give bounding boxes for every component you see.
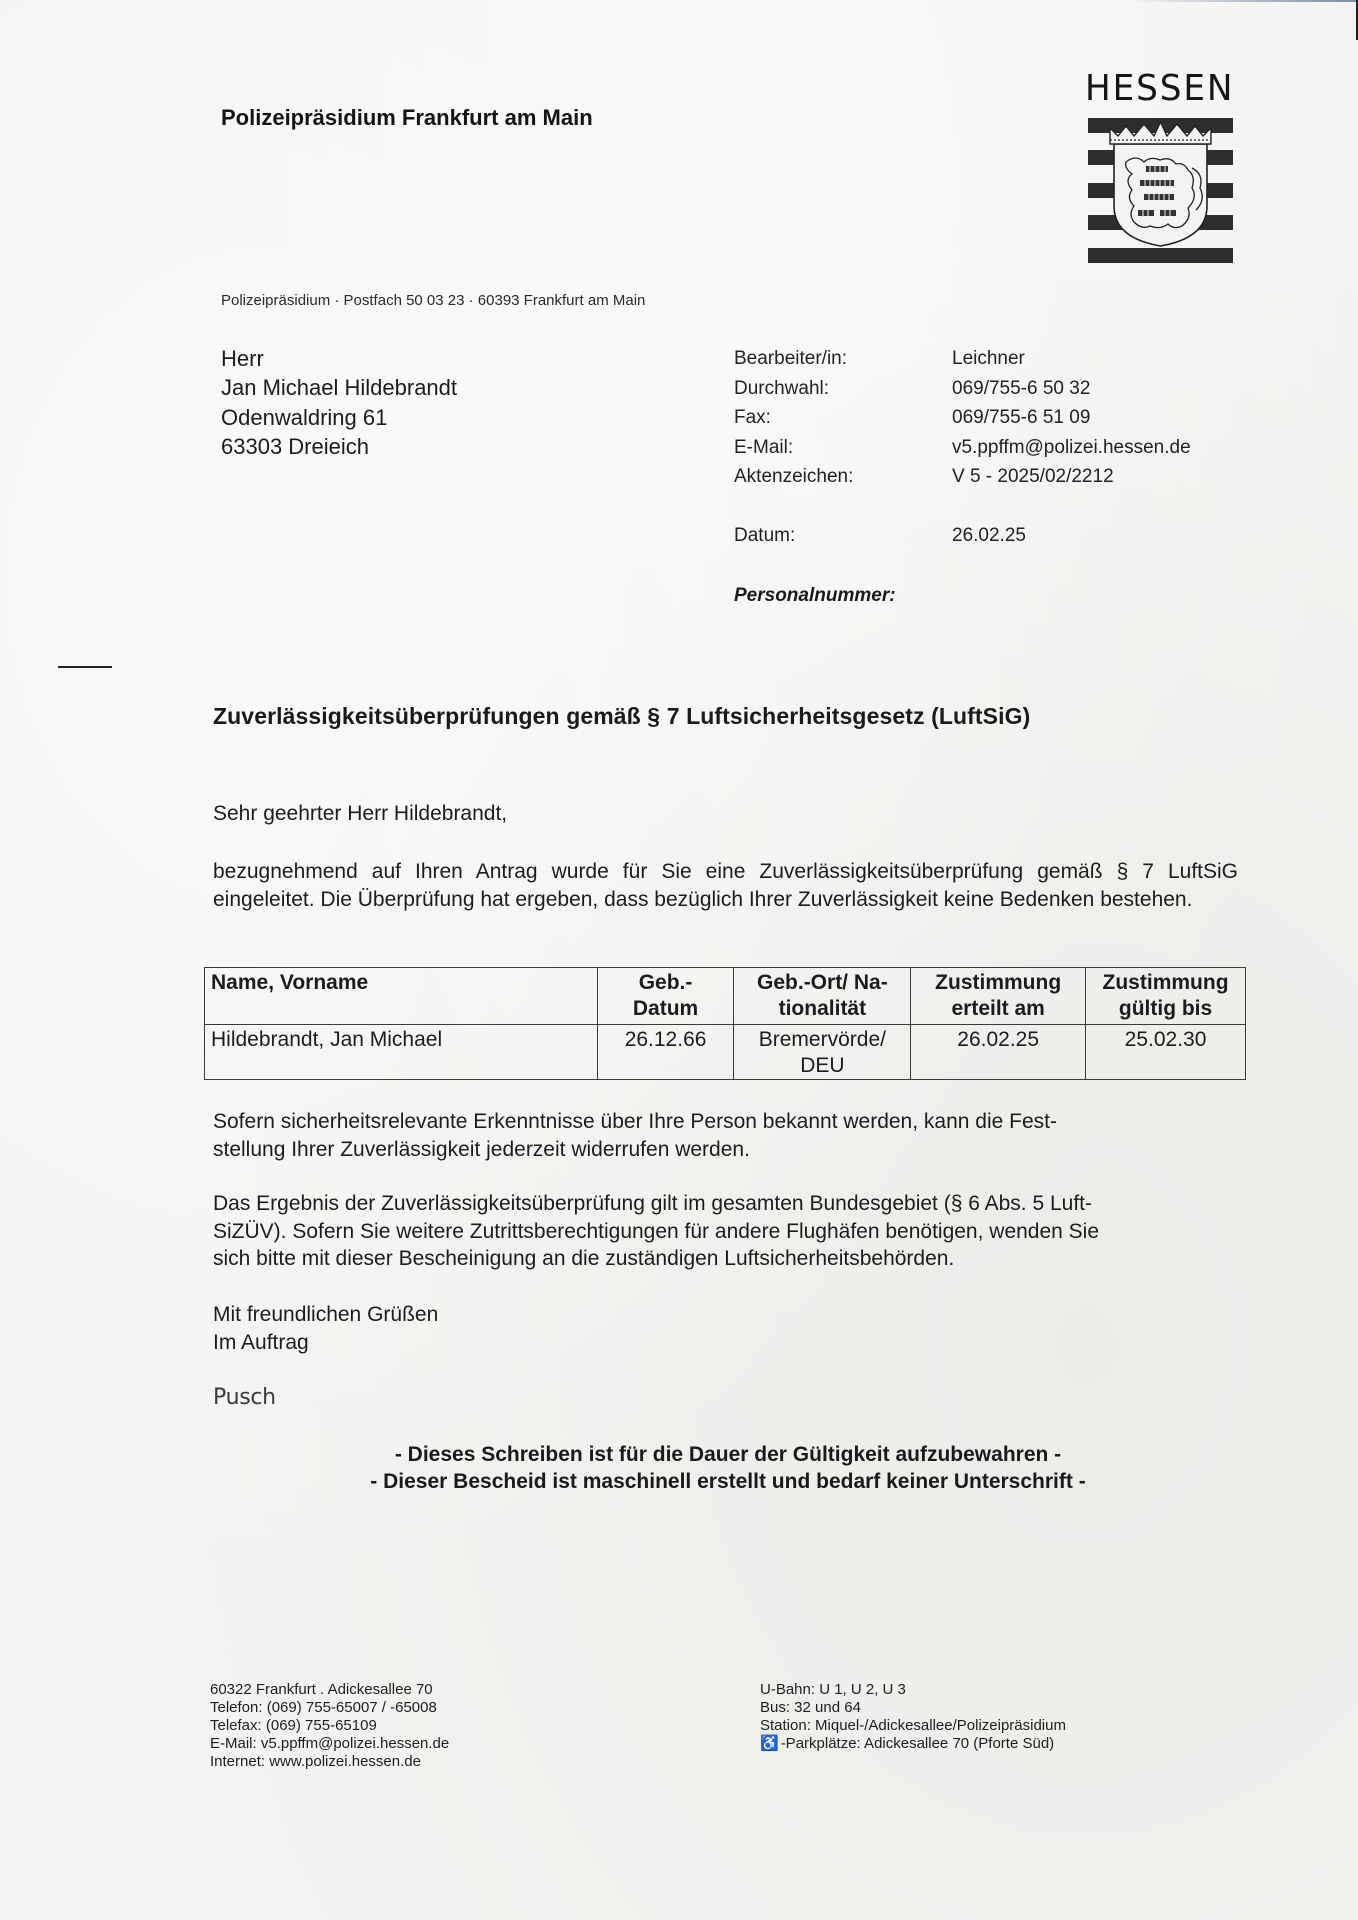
- table-row: Hildebrandt, Jan Michael 26.12.66 Bremer…: [205, 1025, 1246, 1080]
- note-retain: - Dieses Schreiben ist für die Dauer der…: [213, 1441, 1243, 1468]
- col-header-birth-date: Geb.-Datum: [597, 968, 734, 1025]
- closing-on-behalf: Im Auftrag: [213, 1329, 1238, 1357]
- info-value: Leichner: [952, 348, 1025, 370]
- col-header-name: Name, Vorname: [205, 968, 598, 1025]
- closing-greeting: Mit freundlichen Grüßen: [213, 1301, 1238, 1329]
- footer-website: Internet: www.polizei.hessen.de: [210, 1753, 449, 1771]
- recipient-name: Jan Michael Hildebrandt: [221, 373, 457, 402]
- col-header-birthplace-nationality: Geb.-Ort/ Na-tionalität: [734, 968, 911, 1025]
- notes: - Dieses Schreiben ist für die Dauer der…: [213, 1441, 1243, 1495]
- footer-phone: Telefon: (069) 755-65007 / -65008: [210, 1699, 449, 1717]
- scan-edge-top: [1128, 0, 1358, 2]
- info-value: 069/755-6 51 09: [952, 407, 1090, 429]
- info-label: Fax:: [734, 407, 771, 429]
- recipient-salutation: Herr: [221, 344, 457, 373]
- fold-mark: [58, 666, 112, 668]
- info-value: V 5 - 2025/02/2212: [952, 466, 1114, 488]
- info-value: v5.ppffm@polizei.hessen.de: [952, 437, 1191, 459]
- info-label: E-Mail:: [734, 437, 793, 459]
- cell-birth-date: 26.12.66: [597, 1025, 734, 1080]
- footer-contact: 60322 Frankfurt . Adickesallee 70 Telefo…: [210, 1681, 449, 1771]
- col-header-granted-on: Zustimmungerteilt am: [911, 968, 1086, 1025]
- cell-name: Hildebrandt, Jan Michael: [205, 1025, 598, 1080]
- hessen-coat-of-arms-icon: [1088, 118, 1233, 263]
- wheelchair-icon: ♿: [760, 1735, 779, 1753]
- note-automated: - Dieser Bescheid ist maschinell erstell…: [213, 1468, 1243, 1495]
- cell-valid-until: 25.02.30: [1086, 1025, 1246, 1080]
- personnel-number-label: Personalnummer:: [734, 585, 896, 607]
- sender-title: Polizeipräsidium Frankfurt am Main: [221, 105, 593, 131]
- paragraph-result: bezugnehmend auf Ihren Antrag wurde für …: [213, 858, 1238, 913]
- state-wordmark: HESSEN: [1085, 68, 1234, 109]
- return-address: Polizeipräsidium · Postfach 50 03 23 · 6…: [221, 292, 645, 309]
- footer-parking-text: -Parkplätze: Adickesallee 70 (Pforte Süd…: [781, 1735, 1054, 1752]
- info-value: 069/755-6 50 32: [952, 378, 1090, 400]
- table-header-row: Name, Vorname Geb.-Datum Geb.-Ort/ Na-ti…: [205, 968, 1246, 1025]
- date-value: 26.02.25: [952, 525, 1026, 547]
- info-label: Durchwahl:: [734, 378, 829, 400]
- footer-bus: Bus: 32 und 64: [760, 1699, 1066, 1717]
- signature-name: Pusch: [213, 1385, 276, 1410]
- col-header-valid-until: Zustimmunggültig bis: [1086, 968, 1246, 1025]
- salutation: Sehr geehrter Herr Hildebrandt,: [213, 800, 1238, 828]
- paragraph-revocation: Sofern sicherheitsrelevante Erkenntnisse…: [213, 1108, 1213, 1163]
- cell-birthplace-nationality: Bremervörde/DEU: [734, 1025, 911, 1080]
- footer-email: E-Mail: v5.ppffm@polizei.hessen.de: [210, 1735, 449, 1753]
- footer-transport: U-Bahn: U 1, U 2, U 3 Bus: 32 und 64 Sta…: [760, 1681, 1066, 1753]
- recipient-address: Herr Jan Michael Hildebrandt Odenwaldrin…: [221, 344, 457, 461]
- footer-fax: Telefax: (069) 755-65109: [210, 1717, 449, 1735]
- recipient-street: Odenwaldring 61: [221, 403, 457, 432]
- paragraph-validity: Das Ergebnis der Zuverlässigkeitsüberprü…: [213, 1190, 1243, 1273]
- closing: Mit freundlichen Grüßen Im Auftrag: [213, 1301, 1238, 1356]
- footer-subway: U-Bahn: U 1, U 2, U 3: [760, 1681, 1066, 1699]
- footer-parking: ♿-Parkplätze: Adickesallee 70 (Pforte Sü…: [760, 1735, 1066, 1753]
- clearance-table: Name, Vorname Geb.-Datum Geb.-Ort/ Na-ti…: [204, 967, 1246, 1080]
- footer-address: 60322 Frankfurt . Adickesallee 70: [210, 1681, 449, 1699]
- footer-station: Station: Miquel-/Adickesallee/Polizeiprä…: [760, 1717, 1066, 1735]
- letter-subject: Zuverlässigkeitsüberprüfungen gemäß § 7 …: [213, 703, 1030, 730]
- cell-granted-on: 26.02.25: [911, 1025, 1086, 1080]
- date-label: Datum:: [734, 525, 795, 547]
- recipient-city: 63303 Dreieich: [221, 432, 457, 461]
- info-label: Aktenzeichen:: [734, 466, 853, 488]
- info-label: Bearbeiter/in:: [734, 348, 847, 370]
